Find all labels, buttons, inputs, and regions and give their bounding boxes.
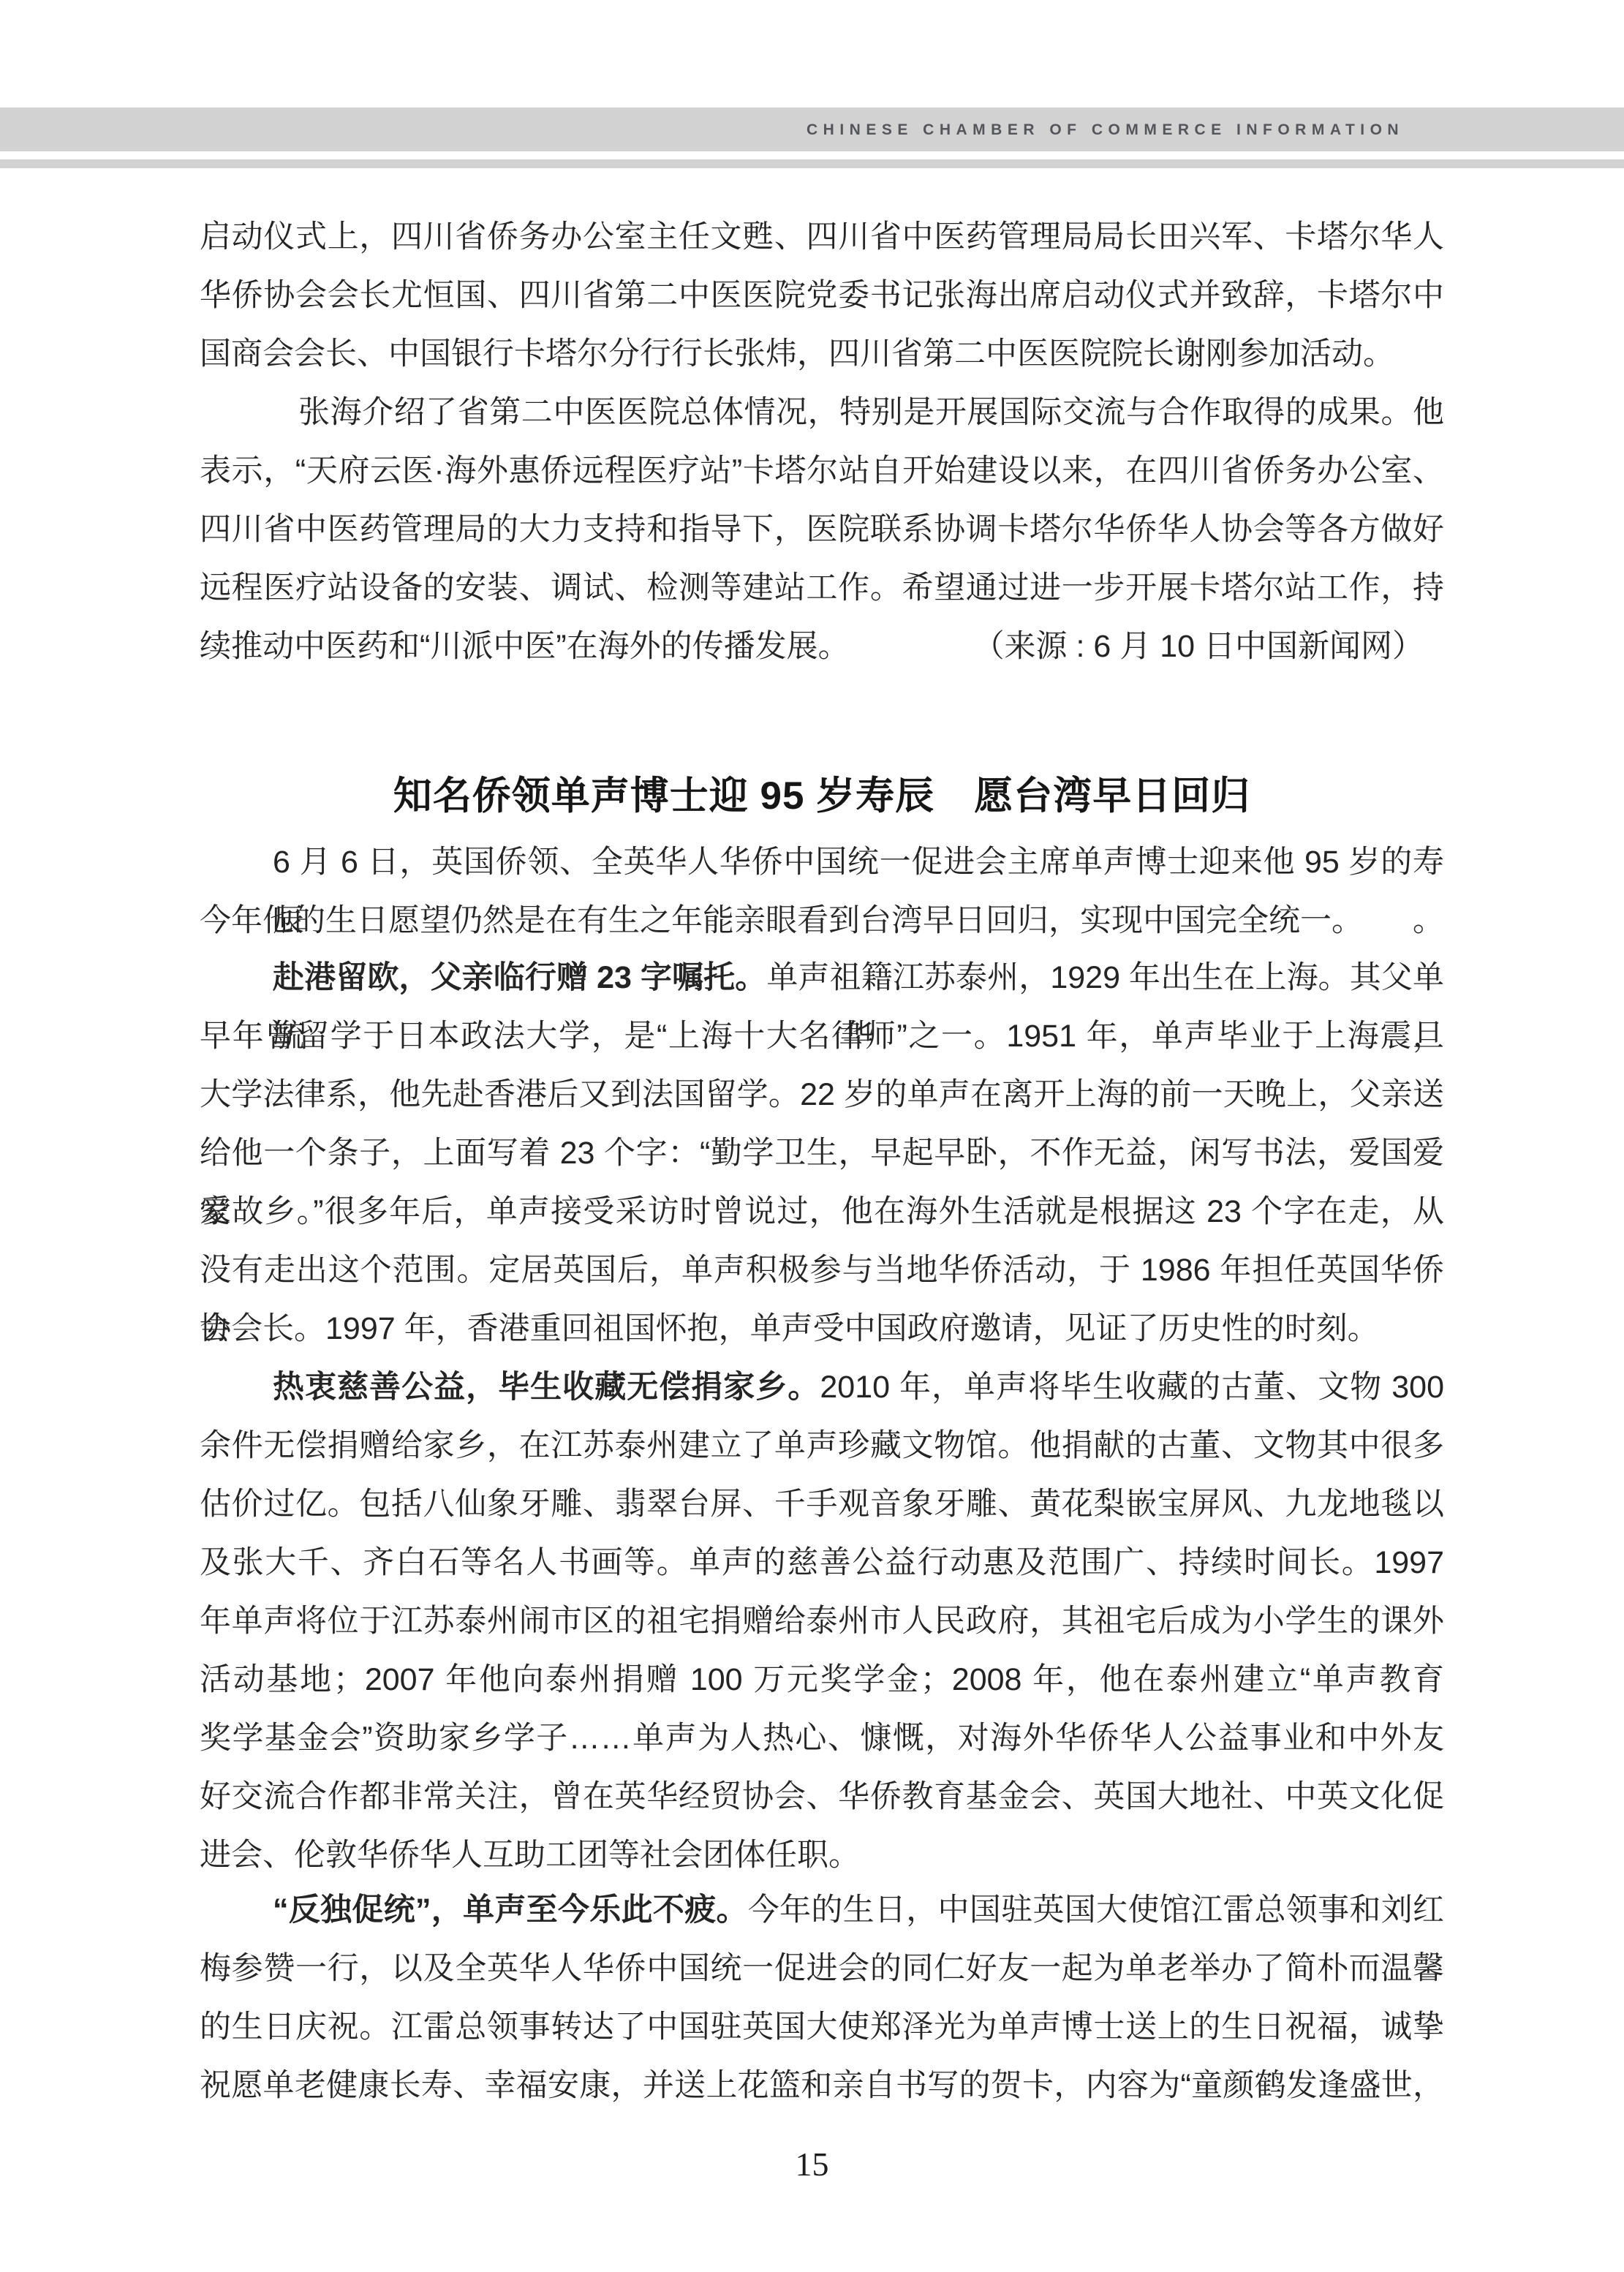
paragraph-a: 启动仪式上，四川省侨务办公室主任文甦、四川省中医药管理局局长田兴军、卡塔尔华人华… (200, 208, 1444, 676)
text-line: 估价过亿。包括八仙象牙雕、翡翠台屏、千手观音象牙雕、黄花梨嵌宝屏风、九龙地毯以 (200, 1475, 1444, 1533)
text-line: 梅参赞一行，以及全英华人华侨中国统一促进会的同仁好友一起为单老举办了简朴而温馨 (200, 1939, 1444, 1998)
article-headline: 知名侨领单声博士迎 95 岁寿辰 愿台湾早日回归 (200, 767, 1444, 826)
text-line: 活动基地；2007 年他向泰州捐赠 100 万元奖学金；2008 年，他在泰州建… (200, 1650, 1444, 1709)
text-line: 续推动中医药和“川派中医”在海外的传播发展。（来源 : 6 月 10 日中国新闻… (200, 617, 1444, 676)
text-line: 爱故乡。”很多年后，单声接受采访时曾说过，他在海外生活就是根据这 23 个字在走… (200, 1182, 1444, 1241)
text-line: 今年他的生日愿望仍然是在有生之年能亲眼看到台湾早日回归，实现中国完全统一。 (200, 891, 1444, 950)
text-line: 祝愿单老健康长寿、幸福安康，并送上花篮和亲自书写的贺卡，内容为“童颜鹤发逢盛世， (200, 2056, 1444, 2115)
header-rule (0, 159, 1624, 168)
text-line: 进会、伦敦华侨华人互助工团等社会团体任职。 (200, 1826, 1444, 1884)
paragraph-c: 赴港留欧，父亲临行赠 23 字嘱托。单声祖籍江苏泰州，1929 年出生在上海。其… (200, 948, 1444, 1358)
text-line: 启动仪式上，四川省侨务办公室主任文甦、四川省中医药管理局局长田兴军、卡塔尔华人 (200, 208, 1444, 266)
text-line: 远程医疗站设备的安装、调试、检测等建站工作。希望通过进一步开展卡塔尔站工作，持 (200, 559, 1444, 617)
text-line: 给他一个条子，上面写着 23 个字：“勤学卫生，早起早卧，不作无益，闲写书法，爱… (200, 1124, 1444, 1182)
text-line: 大学法律系，他先赴香港后又到法国留学。22 岁的单声在离开上海的前一天晚上，父亲… (200, 1065, 1444, 1124)
text-line: 奖学基金会”资助家乡学子……单声为人热心、慷慨，对海外华侨华人公益事业和中外友 (200, 1709, 1444, 1767)
text-line: 赴港留欧，父亲临行赠 23 字嘱托。单声祖籍江苏泰州，1929 年出生在上海。其… (200, 948, 1444, 1007)
header-band: CHINESE CHAMBER OF COMMERCE INFORMATION (0, 107, 1624, 151)
text-line: 四川省中医药管理局的大力支持和指导下，医院联系协调卡塔尔华侨华人协会等各方做好 (200, 500, 1444, 559)
text-line: 张海介绍了省第二中医医院总体情况，特别是开展国际交流与合作取得的成果。他 (200, 383, 1444, 442)
bold-lead: 赴港留欧，父亲临行赠 23 字嘱托。 (273, 960, 766, 995)
text-line: 的生日庆祝。江雷总领事转达了中国驻英国大使郑泽光为单声博士送上的生日祝福，诚挚 (200, 1998, 1444, 2056)
text-line: 会会长。1997 年，香港重回祖国怀抱，单声受中国政府邀请，见证了历史性的时刻。 (200, 1299, 1444, 1358)
header-banner-text: CHINESE CHAMBER OF COMMERCE INFORMATION (807, 107, 1404, 151)
paragraph-e: “反独促统”，单声至今乐此不疲。今年的生日，中国驻英国大使馆江雷总领事和刘红梅参… (200, 1881, 1444, 2115)
text-line: 没有走出这个范围。定居英国后，单声积极参与当地华侨活动，于 1986 年担任英国… (200, 1241, 1444, 1299)
bold-lead: “反独促统”，单声至今乐此不疲。 (273, 1892, 748, 1928)
text-line: 6 月 6 日，英国侨领、全英华人华侨中国统一促进会主席单声博士迎来他 95 岁… (200, 833, 1444, 891)
text-line: 热衷慈善公益，毕生收藏无偿捐家乡。2010 年，单声将毕生收藏的古董、文物 30… (200, 1358, 1444, 1416)
text-line: 及张大千、齐白石等名人书画等。单声的慈善公益行动惠及范围广、持续时间长。1997 (200, 1533, 1444, 1592)
line-left-text: 续推动中医药和“川派中医”在海外的传播发展。 (200, 617, 850, 676)
text-line: 余件无偿捐赠给家乡，在江苏泰州建立了单声珍藏文物馆。他捐献的古董、文物其中很多 (200, 1416, 1444, 1475)
paragraph-d: 热衷慈善公益，毕生收藏无偿捐家乡。2010 年，单声将毕生收藏的古董、文物 30… (200, 1358, 1444, 1884)
text-line: “反独促统”，单声至今乐此不疲。今年的生日，中国驻英国大使馆江雷总领事和刘红 (200, 1881, 1444, 1939)
text-line: 华侨协会会长尤恒国、四川省第二中医医院党委书记张海出席启动仪式并致辞，卡塔尔中 (200, 266, 1444, 325)
text-line: 国商会会长、中国银行卡塔尔分行行长张炜，四川省第二中医医院院长谢刚参加活动。 (200, 325, 1444, 383)
paragraph-b: 6 月 6 日，英国侨领、全英华人华侨中国统一促进会主席单声博士迎来他 95 岁… (200, 833, 1444, 950)
source-note: （来源 : 6 月 10 日中国新闻网） (973, 617, 1424, 676)
text-line: 年单声将位于江苏泰州闹市区的祖宅捐赠给泰州市人民政府，其祖宅后成为小学生的课外 (200, 1592, 1444, 1650)
text-line: 好交流合作都非常关注，曾在英华经贸协会、华侨教育基金会、英国大地社、中英文化促 (200, 1767, 1444, 1826)
bold-lead: 热衷慈善公益，毕生收藏无偿捐家乡。 (273, 1370, 820, 1405)
page-number: 15 (0, 2145, 1624, 2184)
text-line: 早年曾留学于日本政法大学，是“上海十大名律师”之一。1951 年，单声毕业于上海… (200, 1007, 1444, 1065)
text-line: 表示，“天府云医·海外惠侨远程医疗站”卡塔尔站自开始建设以来，在四川省侨务办公室… (200, 442, 1444, 500)
document-page: { "header": { "banner_text": "CHINESE CH… (0, 0, 1624, 2272)
